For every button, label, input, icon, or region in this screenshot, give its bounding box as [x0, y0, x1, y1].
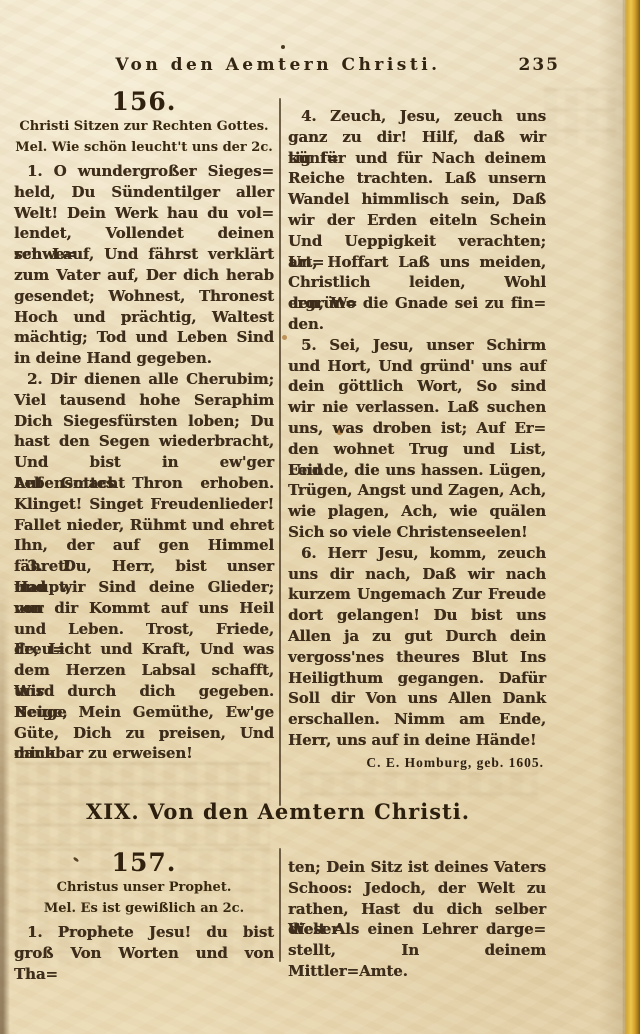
verse-line: dort gelangen! Du bist uns: [288, 605, 546, 626]
verse-line: Güte, Dich zu preisen, Und mich: [14, 723, 274, 744]
verse-line: ren Lauf, Und fährst verklärt: [14, 244, 274, 265]
melody-line: Mel. Wie schön leucht't uns der 2c.: [14, 140, 274, 155]
verse-line: 1. O wundergroßer Sieges=: [14, 161, 274, 182]
verse-line: Heiligthum gegangen. Dafür: [288, 668, 546, 689]
verse-line: und wir Sind deine Glieder; nur: [14, 577, 274, 598]
verse-line: stellt, In deinem Mittler=Amte.: [288, 940, 546, 961]
author-attribution: C. E. Homburg, geb. 1605.: [288, 755, 546, 771]
verse-line: Dich Siegesfürsten loben; Du: [14, 411, 274, 432]
verse-line: kurzem Ungemach Zur Freude: [288, 584, 546, 605]
verse-line: uns durch dich gegeben. Neige,: [14, 681, 274, 702]
verse-line: erschallen. Nimm am Ende,: [288, 709, 546, 730]
verse-line: Viel tausend hohe Seraphim: [14, 390, 274, 411]
hymn-156-left-column: 156. Christi Sitzen zur Rechten Gottes. …: [14, 88, 274, 764]
hymn-number: 157.: [14, 849, 274, 877]
verse-line: 3. Du, Herr, bist unser Haupt,: [14, 556, 274, 577]
hymn-title: Christi Sitzen zur Rechten Gottes.: [14, 119, 274, 134]
verse-line: gesendet; Wohnest, Thronest: [14, 286, 274, 307]
hymn-title: Christus unser Prophet.: [14, 880, 274, 895]
running-title: Von den Aemtern Christi.: [14, 55, 542, 75]
verse-line: Fallet nieder, Rühmt und ehret: [14, 515, 274, 536]
verse-line: und Leben. Trost, Friede, Freu=: [14, 619, 274, 640]
verse-line: den, Wo die Gnade sei zu fin=: [288, 293, 546, 314]
section-heading: XIX. Von den Aemtern Christi.: [14, 799, 542, 825]
verse-line: wir nie verlassen. Laß suchen: [288, 397, 546, 418]
verse-line: ganz zu dir! Hilf, daß wir künf=: [288, 127, 546, 148]
hymn-number: 156.: [14, 88, 274, 116]
verse-line: rathen, Hast du dich selber dieser: [288, 899, 546, 920]
verse-line: und Hort, Und gründ' uns auf: [288, 356, 546, 377]
page-edge-left: [0, 0, 10, 1034]
verse-line: Hoch und prächtig, Waltest: [14, 307, 274, 328]
verse-line: groß Von Worten und von Tha=: [14, 943, 274, 964]
hymn-157-left-column: 157. Christus unser Prophet. Mel. Es ist…: [14, 849, 274, 964]
verse-line: hast den Segen wiederbracht,: [14, 431, 274, 452]
verse-block: 4. Zeuch, Jesu, zeuch unsganz zu dir! Hi…: [288, 106, 546, 751]
verse-line: den.: [288, 314, 546, 335]
verse-line: wie plagen, Ach, wie quälen: [288, 501, 546, 522]
verse-line: wir der Erden eiteln Schein: [288, 210, 546, 231]
verse-line: den wohnet Trug und List, Und: [288, 439, 546, 460]
verse-line: 5. Sei, Jesu, unser Schirm: [288, 335, 546, 356]
verse-line: Welt! Dein Werk hau du vol=: [14, 203, 274, 224]
verse-line: 4. Zeuch, Jesu, zeuch uns: [288, 106, 546, 127]
verse-line: 2. Dir dienen alle Cherubim;: [14, 369, 274, 390]
verse-line: zum Vater auf, Der dich herab: [14, 265, 274, 286]
verse-line: dein göttlich Wort, So sind: [288, 376, 546, 397]
verse-line: uns, was droben ist; Auf Er=: [288, 418, 546, 439]
ink-speck: [281, 45, 285, 49]
verse-line: dankbar zu erweisen!: [14, 743, 274, 764]
verse-line: Feinde, die uns hassen. Lügen,: [288, 460, 546, 481]
verse-line: de, Licht und Kraft, Und was: [14, 639, 274, 660]
verse-line: Ihn, der auf gen Himmel fähret!: [14, 535, 274, 556]
verse-line: uns dir nach, Daß wir nach: [288, 564, 546, 585]
verse-line: art, Hoffart Laß uns meiden,: [288, 252, 546, 273]
verse-line: Schoos: Jedoch, der Welt zu: [288, 878, 546, 899]
book-page-scan: Von den Aemtern Christi. 235 156. Christ…: [0, 0, 640, 1034]
verse-block: 1. O wundergroßer Sieges=held, Du Sünden…: [14, 161, 274, 764]
verse-line: held, Du Sündentilger aller: [14, 182, 274, 203]
verse-line: Klinget! Singet Freudenlieder!: [14, 494, 274, 515]
verse-line: Sich so viele Christenseelen!: [288, 522, 546, 543]
verse-line: tig für und für Nach deinem: [288, 148, 546, 169]
verse-line: Allen ja zu gut Durch dein: [288, 626, 546, 647]
page-number: 235: [488, 55, 560, 75]
verse-block: ten; Dein Sitz ist deines VatersSchoos: …: [288, 857, 546, 961]
verse-line: ten; Dein Sitz ist deines Vaters: [288, 857, 546, 878]
verse-line: mächtig; Tod und Leben Sind: [14, 327, 274, 348]
verse-line: Welt Als einen Lehrer darge=: [288, 919, 546, 940]
hymn-157-right-column: ten; Dein Sitz ist deines VatersSchoos: …: [288, 851, 546, 961]
verse-line: Christlich leiden, Wohl ergrün=: [288, 272, 546, 293]
verse-line: Reiche trachten. Laß unsern: [288, 168, 546, 189]
verse-line: von dir Kommt auf uns Heil: [14, 598, 274, 619]
column-rule: [279, 848, 281, 962]
verse-line: Trügen, Angst und Zagen, Ach,: [288, 480, 546, 501]
melody-line: Mel. Es ist gewißlich an 2c.: [14, 901, 274, 916]
verse-line: 1. Prophete Jesu! du bist: [14, 922, 274, 943]
verse-line: 6. Herr Jesu, komm, zeuch: [288, 543, 546, 564]
page-edge-right: [622, 0, 640, 1034]
page-edge-shadow: [598, 0, 624, 1034]
column-rule: [279, 98, 281, 806]
ghost-text: [300, 772, 538, 798]
verse-line: dem Herzen Labsal schafft, Wird: [14, 660, 274, 681]
verse-line: vergoss'nes theures Blut Ins: [288, 647, 546, 668]
verse-line: Soll dir Von uns Allen Dank: [288, 688, 546, 709]
hymn-156-right-column: 4. Zeuch, Jesu, zeuch unsganz zu dir! Hi…: [288, 100, 546, 771]
verse-line: Auf Gottes Thron erhoben.: [14, 473, 274, 494]
verse-line: lendet, Vollendet deinen schwe=: [14, 223, 274, 244]
verse-line: Beuge Mein Gemüthe, Ew'ge: [14, 702, 274, 723]
verse-line: Und Ueppigkeit verachten; Un=: [288, 231, 546, 252]
verse-line: in deine Hand gegeben.: [14, 348, 274, 369]
verse-line: Wandel himmlisch sein, Daß: [288, 189, 546, 210]
verse-block: 1. Prophete Jesu! du bistgroß Von Worten…: [14, 922, 274, 964]
verse-line: Herr, uns auf in deine Hände!: [288, 730, 546, 751]
foxing-speck: [282, 335, 287, 340]
verse-line: Und bist in ew'ger Lebensmacht: [14, 452, 274, 473]
